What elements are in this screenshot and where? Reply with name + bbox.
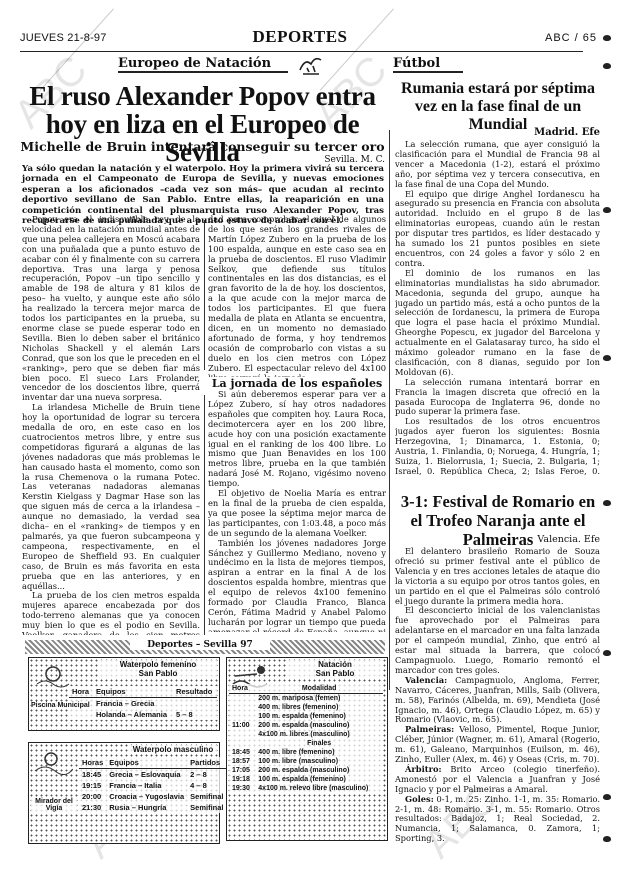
box-venue-label: Mirador del Vigía	[31, 798, 77, 812]
table-row: 18:57100 m. libre (masculino)	[229, 757, 383, 766]
paragraph: El equipo que dirige Anghel Iordanescu h…	[395, 190, 600, 269]
referee: Árbitro: Brito Arceo (colegio tinerfeño)…	[395, 765, 600, 795]
sevilla97-logo-icon	[297, 54, 325, 78]
column-header: Modalidad	[255, 684, 383, 694]
paragraph: El objetivo de Noelia María es entrar en…	[208, 489, 386, 539]
cell-event: 100 m. libre (masculino)	[255, 757, 383, 766]
table-row: 19:15 Francia – Italia 4 – 8	[79, 780, 227, 791]
table-row: 11:00200 m. espalda (masculino)	[229, 721, 383, 730]
registration-mark-icon	[603, 207, 611, 213]
cell-result: Semifinal	[187, 791, 226, 802]
cell-event: 200 m. mariposa (femen)	[255, 694, 383, 704]
cell-event: Finales	[255, 739, 383, 748]
waterpolo-women-box: Waterpolo femenino San Pablo Hora Equipo…	[28, 657, 220, 731]
waterpolo-men-table: Horas Equipos Partidos 18:45 Grecia – Es…	[79, 757, 227, 813]
paragraph: La prueba de los cien metros espalda muj…	[22, 591, 200, 635]
cell-teams: Francia – Italia	[106, 780, 187, 791]
cell-event: 400 m. libre (femenino)	[255, 748, 383, 757]
cell-teams: Rusia – Hungría	[106, 802, 187, 813]
table-row: 19:304x100 m. relevo libre (masculino)	[229, 784, 383, 793]
table-row: 400 m. libres (femenino)	[229, 703, 383, 712]
cell-event: 100 m. espalda (femenino)	[255, 712, 383, 721]
paragraph: La irlandesa Michelle de Bruin tiene hoy…	[22, 403, 200, 591]
rumania-body: La selección rumana, que ayer consiguió …	[395, 140, 600, 475]
festival-body: El delantero brasileño Romario de Souza …	[395, 547, 600, 862]
column-rule	[204, 395, 205, 635]
paragraph: Los resultados de los otros encuentros j…	[395, 417, 600, 475]
lineup-team: Goles:	[405, 794, 434, 804]
registration-mark-icon	[603, 500, 611, 506]
column-rule	[204, 220, 205, 370]
cell-time	[229, 739, 255, 748]
section-title: DEPORTES	[220, 27, 380, 47]
cell-result: 4 – 8	[187, 780, 226, 791]
box-title: Natación	[287, 660, 383, 669]
cell-event: 4x100 m. relevo libre (masculino)	[255, 784, 383, 793]
cell-time	[69, 709, 93, 720]
cell-time	[229, 712, 255, 721]
table-row: 17:05200 m. espalda (masculino)	[229, 766, 383, 775]
box-venue: San Pablo	[287, 669, 383, 678]
lineup-palmeiras: Palmeiras: Velloso, Pimentel, Roque Juni…	[395, 725, 600, 765]
column-header: Horas	[79, 757, 106, 769]
cell-time: 17:05	[229, 766, 255, 775]
column-header: Partidos	[187, 757, 226, 769]
table-row: 21:30 Rusia – Hungría Semifinal	[79, 802, 227, 813]
paragraph: El desconcierto inicial de los valencian…	[395, 606, 600, 675]
main-subheadline: Michelle de Bruin intentará conseguir su…	[20, 139, 385, 154]
paragraph: El dominio de los rumanos en las elimina…	[395, 269, 600, 378]
page-number: ABC / 65	[545, 32, 597, 44]
cell-time	[229, 730, 255, 739]
cell-time: 11:00	[229, 721, 255, 730]
column-header: Hora	[229, 684, 255, 694]
subsection-title: La jornada de los españoles	[208, 377, 386, 390]
cell-time	[229, 703, 255, 712]
section-label-futbol: Fútbol	[393, 56, 463, 73]
table-row: Finales	[229, 739, 383, 748]
header-rule	[20, 51, 583, 52]
cell-event: 200 m. espalda (masculino)	[255, 766, 383, 775]
agenda-banner-title: Deportes – Sevilla 97	[130, 640, 270, 650]
lineup-team: Palmeiras:	[405, 724, 454, 734]
cell-time: 20:00	[79, 791, 106, 802]
registration-mark-icon	[603, 355, 611, 361]
cell-time: 19:18	[229, 775, 255, 784]
paragraph: Si aún deberemos esperar para ver a Lópe…	[208, 390, 386, 489]
box-title: Waterpolo masculino	[129, 745, 217, 754]
lineup-valencia: Valencia: Campagnuolo, Angloma, Ferrer, …	[395, 676, 600, 726]
column-rule	[389, 130, 390, 690]
cell-time: 19:15	[79, 780, 106, 791]
registration-mark-icon	[603, 35, 611, 41]
cell-result: 5 – 8	[173, 709, 217, 720]
paragraph: dad para comprobar el nivel de algunos d…	[208, 215, 386, 377]
lineup-team: Valencia:	[405, 675, 447, 685]
cell-time: 21:30	[79, 802, 106, 813]
column-header: Equipos	[106, 757, 187, 769]
cell-result	[173, 698, 217, 710]
issue-date: JUEVES 21-8-97	[20, 32, 107, 44]
cell-teams: Francia – Grecia	[93, 698, 173, 710]
paragraph: También los jóvenes nadadores Jorge Sánc…	[208, 539, 386, 632]
paragraph: El delantero brasileño Romario de Souza …	[395, 547, 600, 606]
registration-mark-icon	[603, 794, 611, 800]
paragraph: Popov era el indiscutible rey de la velo…	[22, 215, 200, 403]
table-row: 4x100 m. libres (masculino)	[229, 730, 383, 739]
natacion-box: Natación San Pablo Hora Modalidad 200 m.…	[226, 657, 388, 841]
registration-mark-icon	[603, 63, 611, 69]
cell-result: Semifinal	[187, 802, 226, 813]
registration-mark-icon	[603, 650, 611, 656]
paragraph: La selección rumana intentará borrar en …	[395, 378, 600, 418]
goals: Goles: 0-1, m. 25: Zinho. 1-1, m. 35: Ro…	[395, 795, 600, 845]
lineup-team: Árbitro:	[405, 764, 442, 774]
table-row: 18:45400 m. libre (femenino)	[229, 748, 383, 757]
festival-byline: Valencia. Efe	[500, 534, 600, 545]
watermark-line	[40, 8, 114, 90]
cell-event: 400 m. libres (femenino)	[255, 703, 383, 712]
main-column-2: dad para comprobar el nivel de algunos d…	[208, 215, 386, 377]
registration-mark-icon	[603, 836, 611, 842]
waterpolo-men-box: Waterpolo masculino Horas Equipos Partid…	[28, 742, 220, 844]
cell-event: 200 m. espalda (masculino)	[255, 721, 383, 730]
cell-teams: Grecia – Eslovaquia	[106, 769, 187, 781]
cell-time: 19:30	[229, 784, 255, 793]
rumania-headline: Rumania estará por séptima vez en la fas…	[393, 80, 603, 134]
cell-result: 2 – 8	[187, 769, 226, 781]
column-header: Resultado	[173, 686, 217, 698]
natacion-table: Hora Modalidad 200 m. mariposa (femen) 4…	[229, 684, 383, 793]
cell-time: 18:45	[79, 769, 106, 781]
table-row: 20:00 Croacia – Yugoslavia Semifinal	[79, 791, 227, 802]
cell-event: 4x100 m. libres (masculino)	[255, 730, 383, 739]
rumania-byline: Madrid. Efe	[500, 127, 600, 138]
main-column-2b: Si aún deberemos esperar para ver a Lópe…	[208, 390, 386, 632]
box-title: Waterpolo femenino	[99, 660, 217, 669]
main-column-1: Popov era el indiscutible rey de la velo…	[22, 215, 200, 635]
cell-time	[229, 694, 255, 704]
cell-time: 18:57	[229, 757, 255, 766]
waterpolo-pictogram-icon	[33, 749, 73, 775]
table-row: 19:18100 m. espalda (femenino)	[229, 775, 383, 784]
box-venue-label: Piscina Municipal	[31, 702, 90, 709]
column-header: Hora	[69, 686, 93, 698]
waterpolo-pictogram-icon	[33, 662, 73, 688]
paragraph: La selección rumana, que ayer consiguió …	[395, 140, 600, 190]
cell-teams: Croacia – Yugoslavia	[106, 791, 187, 802]
box-venue: San Pablo	[99, 669, 217, 678]
watermark-line	[320, 8, 394, 90]
table-row: Holanda – Alemania 5 – 8	[69, 709, 217, 720]
table-row: Francia – Grecia	[69, 698, 217, 710]
table-row: 100 m. espalda (femenino)	[229, 712, 383, 721]
section-label-natacion: Europeo de Natación	[118, 56, 288, 73]
cell-time: 18:45	[229, 748, 255, 757]
table-row: 200 m. mariposa (femen)	[229, 694, 383, 704]
table-row: 18:45 Grecia – Eslovaquia 2 – 8	[79, 769, 227, 781]
cell-teams: Holanda – Alemania	[93, 709, 173, 720]
waterpolo-women-table: Hora Equipos Resultado Francia – Grecia …	[69, 686, 217, 720]
column-header: Equipos	[93, 686, 173, 698]
cell-event: 100 m. espalda (femenino)	[255, 775, 383, 784]
